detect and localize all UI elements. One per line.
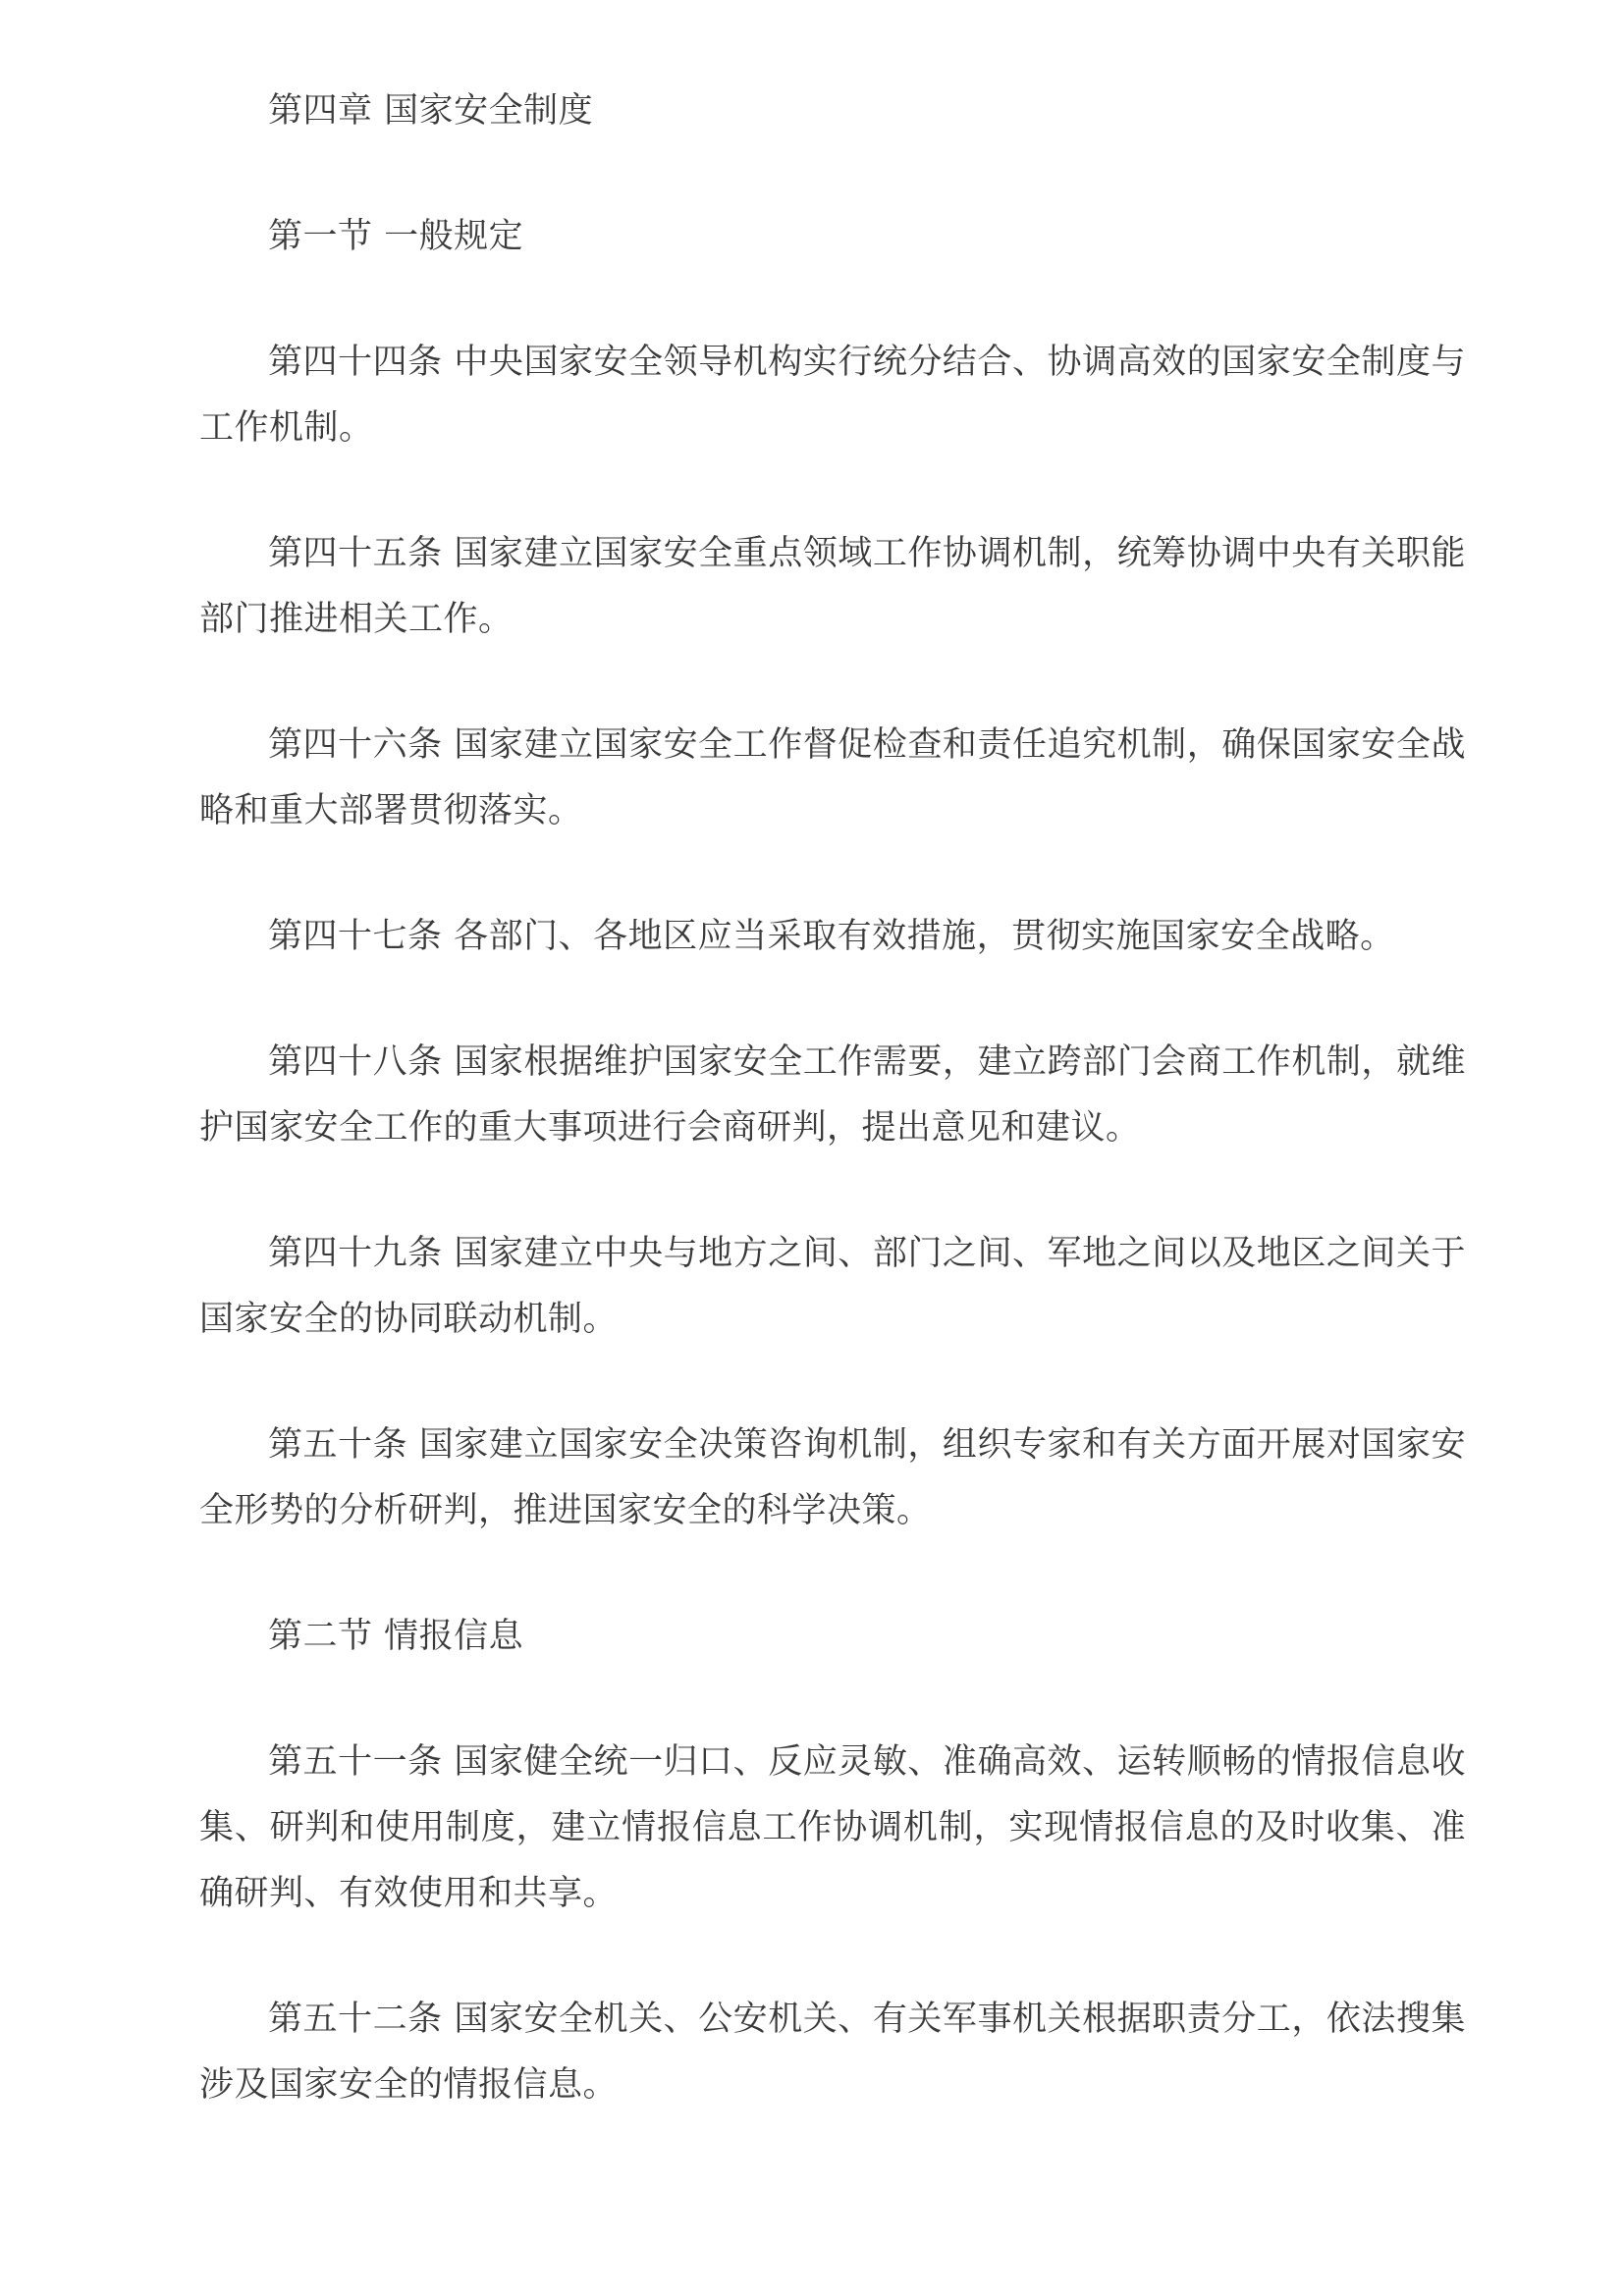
document-body: 第四章 国家安全制度第一节 一般规定第四十四条 中央国家安全领导机构实行统分结合…	[199, 79, 1466, 2118]
document-page: 第四章 国家安全制度第一节 一般规定第四十四条 中央国家安全领导机构实行统分结合…	[0, 0, 1623, 2296]
paragraph: 第四十八条 国家根据维护国家安全工作需要，建立跨部门会商工作机制，就维护国家安全…	[199, 1030, 1466, 1161]
paragraph: 第五十二条 国家安全机关、公安机关、有关军事机关根据职责分工，依法搜集涉及国家安…	[199, 1987, 1466, 2118]
paragraph: 第五十条 国家建立国家安全决策咨询机制，组织专家和有关方面开展对国家安全形势的分…	[199, 1413, 1466, 1544]
paragraph: 第四十四条 中央国家安全领导机构实行统分结合、协调高效的国家安全制度与工作机制。	[199, 330, 1466, 461]
paragraph: 第四十六条 国家建立国家安全工作督促检查和责任追究机制，确保国家安全战略和重大部…	[199, 713, 1466, 844]
paragraph: 第四十七条 各部门、各地区应当采取有效措施，贯彻实施国家安全战略。	[199, 904, 1466, 970]
paragraph: 第四十九条 国家建立中央与地方之间、部门之间、军地之间以及地区之间关于国家安全的…	[199, 1221, 1466, 1353]
paragraph: 第五十一条 国家健全统一归口、反应灵敏、准确高效、运转顺畅的情报信息收集、研判和…	[199, 1730, 1466, 1927]
paragraph: 第四十五条 国家建立国家安全重点领域工作协调机制，统筹协调中央有关职能部门推进相…	[199, 521, 1466, 653]
section-heading: 第二节 情报信息	[199, 1604, 1466, 1670]
section-heading: 第一节 一般规定	[199, 204, 1466, 270]
chapter-heading: 第四章 国家安全制度	[199, 79, 1466, 144]
